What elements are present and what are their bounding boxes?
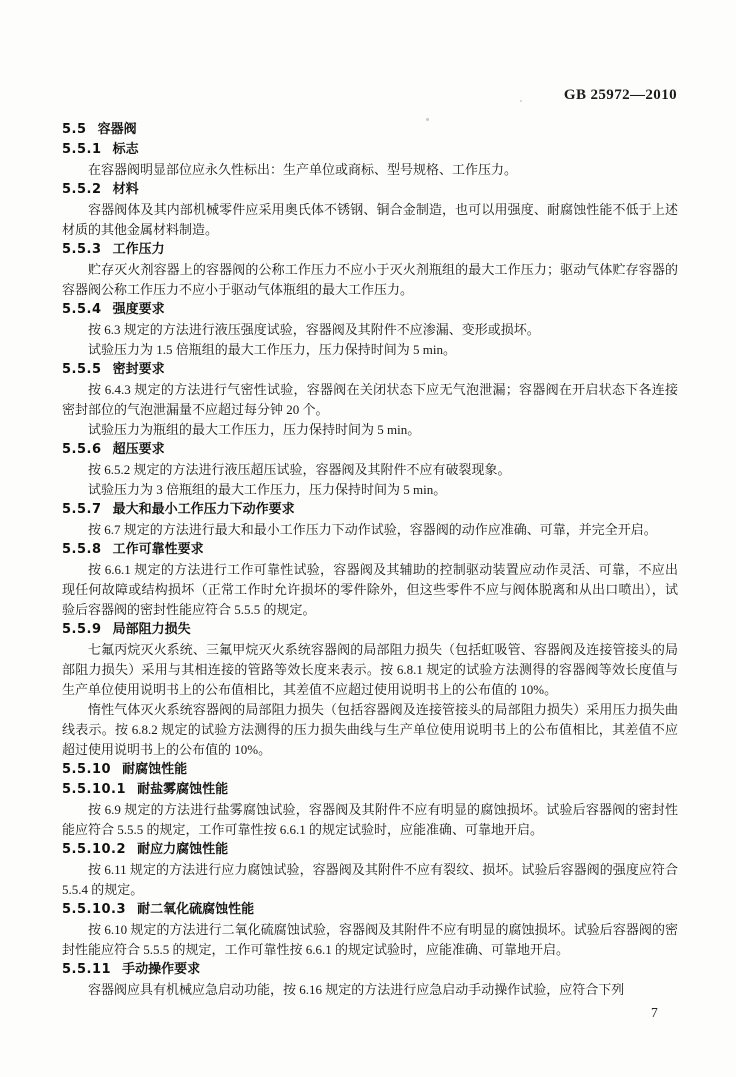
section-heading-5-5-8: 5.5.8工作可靠性要求 bbox=[62, 540, 678, 560]
section-heading-5-5-10-1: 5.5.10.1耐盐雾腐蚀性能 bbox=[62, 780, 678, 800]
section-title: 工作可靠性要求 bbox=[113, 542, 204, 557]
paragraph: 按 6.10 规定的方法进行二氧化硫腐蚀试验，容器阀及其附件不应有明显的腐蚀损坏… bbox=[62, 920, 678, 960]
paragraph: 按 6.9 规定的方法进行盐雾腐蚀试验，容器阀及其附件不应有明显的腐蚀损坏。试验… bbox=[62, 800, 678, 840]
paragraph: 按 6.3 规定的方法进行液压强度试验，容器阀及其附件不应渗漏、变形或损坏。 bbox=[62, 320, 678, 340]
section-title: 手动操作要求 bbox=[122, 962, 200, 977]
section-number: 5.5.3 bbox=[62, 242, 102, 257]
section-title: 容器阀 bbox=[98, 122, 137, 137]
section-heading-5-5: 5.5容器阀 bbox=[62, 120, 678, 140]
section-title: 最大和最小工作压力下动作要求 bbox=[113, 502, 295, 517]
paragraph: 按 6.5.2 规定的方法进行液压超压试验，容器阀及其附件不应有破裂现象。 bbox=[62, 460, 678, 480]
paragraph: 试验压力为 1.5 倍瓶组的最大工作压力，压力保持时间为 5 min。 bbox=[62, 340, 678, 360]
scan-artifact-speck bbox=[520, 100, 522, 102]
scanned-document-page: GB 25972—2010 5.5容器阀 5.5.1标志 在容器阀明显部位应永久… bbox=[0, 0, 736, 1077]
section-number: 5.5.7 bbox=[62, 502, 102, 517]
section-number: 5.5.11 bbox=[62, 962, 111, 977]
section-number: 5.5.10.1 bbox=[62, 782, 126, 797]
section-title: 耐应力腐蚀性能 bbox=[137, 842, 228, 857]
document-body: 5.5容器阀 5.5.1标志 在容器阀明显部位应永久性标出：生产单位或商标、型号… bbox=[62, 120, 678, 1000]
section-title: 耐二氧化硫腐蚀性能 bbox=[137, 902, 254, 917]
section-number: 5.5.5 bbox=[62, 362, 102, 377]
section-title: 材料 bbox=[113, 182, 139, 197]
paragraph: 七氟丙烷灭火系统、三氟甲烷灭火系统容器阀的局部阻力损失（包括虹吸管、容器阀及连接… bbox=[62, 640, 678, 700]
section-heading-5-5-9: 5.5.9局部阻力损失 bbox=[62, 620, 678, 640]
section-heading-5-5-10: 5.5.10耐腐蚀性能 bbox=[62, 760, 678, 780]
section-number: 5.5.9 bbox=[62, 622, 102, 637]
section-heading-5-5-5: 5.5.5密封要求 bbox=[62, 360, 678, 380]
paragraph: 容器阀体及其内部机械零件应采用奥氏体不锈钢、铜合金制造，也可以用强度、耐腐蚀性能… bbox=[62, 200, 678, 240]
paragraph: 试验压力为瓶组的最大工作压力，压力保持时间为 5 min。 bbox=[62, 420, 678, 440]
page-number: 7 bbox=[651, 1005, 658, 1021]
standard-number-header: GB 25972—2010 bbox=[564, 87, 677, 104]
paragraph: 惰性气体灭火系统容器阀的局部阻力损失（包括容器阀及连接管接头的局部阻力损失）采用… bbox=[62, 700, 678, 760]
paragraph: 试验压力为 3 倍瓶组的最大工作压力，压力保持时间为 5 min。 bbox=[62, 480, 678, 500]
paragraph: 按 6.6.1 规定的方法进行工作可靠性试验，容器阀及其辅助的控制驱动装置应动作… bbox=[62, 560, 678, 620]
paragraph: 按 6.7 规定的方法进行最大和最小工作压力下动作试验，容器阀的动作应准确、可靠… bbox=[62, 520, 678, 540]
section-number: 5.5.2 bbox=[62, 182, 102, 197]
section-heading-5-5-10-2: 5.5.10.2耐应力腐蚀性能 bbox=[62, 840, 678, 860]
section-title: 耐腐蚀性能 bbox=[122, 762, 187, 777]
section-heading-5-5-10-3: 5.5.10.3耐二氧化硫腐蚀性能 bbox=[62, 900, 678, 920]
section-title: 局部阻力损失 bbox=[113, 622, 191, 637]
section-number: 5.5.1 bbox=[62, 142, 102, 157]
section-heading-5-5-4: 5.5.4强度要求 bbox=[62, 300, 678, 320]
paragraph: 容器阀应具有机械应急启动功能，按 6.16 规定的方法进行应急启动手动操作试验，… bbox=[62, 980, 678, 1000]
section-title: 密封要求 bbox=[113, 362, 165, 377]
section-heading-5-5-6: 5.5.6超压要求 bbox=[62, 440, 678, 460]
paragraph: 在容器阀明显部位应永久性标出：生产单位或商标、型号规格、工作压力。 bbox=[62, 160, 678, 180]
section-heading-5-5-1: 5.5.1标志 bbox=[62, 140, 678, 160]
section-number: 5.5.6 bbox=[62, 442, 102, 457]
section-title: 标志 bbox=[113, 142, 139, 157]
section-heading-5-5-2: 5.5.2材料 bbox=[62, 180, 678, 200]
section-number: 5.5 bbox=[62, 122, 87, 137]
section-number: 5.5.10.3 bbox=[62, 902, 126, 917]
section-heading-5-5-7: 5.5.7最大和最小工作压力下动作要求 bbox=[62, 500, 678, 520]
section-title: 工作压力 bbox=[113, 242, 165, 257]
section-number: 5.5.10 bbox=[62, 762, 111, 777]
paragraph: 按 6.4.3 规定的方法进行气密性试验，容器阀在关闭状态下应无气泡泄漏；容器阀… bbox=[62, 380, 678, 420]
section-heading-5-5-3: 5.5.3工作压力 bbox=[62, 240, 678, 260]
section-number: 5.5.8 bbox=[62, 542, 102, 557]
section-title: 强度要求 bbox=[113, 302, 165, 317]
section-number: 5.5.4 bbox=[62, 302, 102, 317]
paragraph: 贮存灭火剂容器上的容器阀的公称工作压力不应小于灭火剂瓶组的最大工作压力；驱动气体… bbox=[62, 260, 678, 300]
paragraph: 按 6.11 规定的方法进行应力腐蚀试验，容器阀及其附件不应有裂纹、损坏。试验后… bbox=[62, 860, 678, 900]
section-heading-5-5-11: 5.5.11手动操作要求 bbox=[62, 960, 678, 980]
section-title: 超压要求 bbox=[113, 442, 165, 457]
section-number: 5.5.10.2 bbox=[62, 842, 126, 857]
section-title: 耐盐雾腐蚀性能 bbox=[137, 782, 228, 797]
